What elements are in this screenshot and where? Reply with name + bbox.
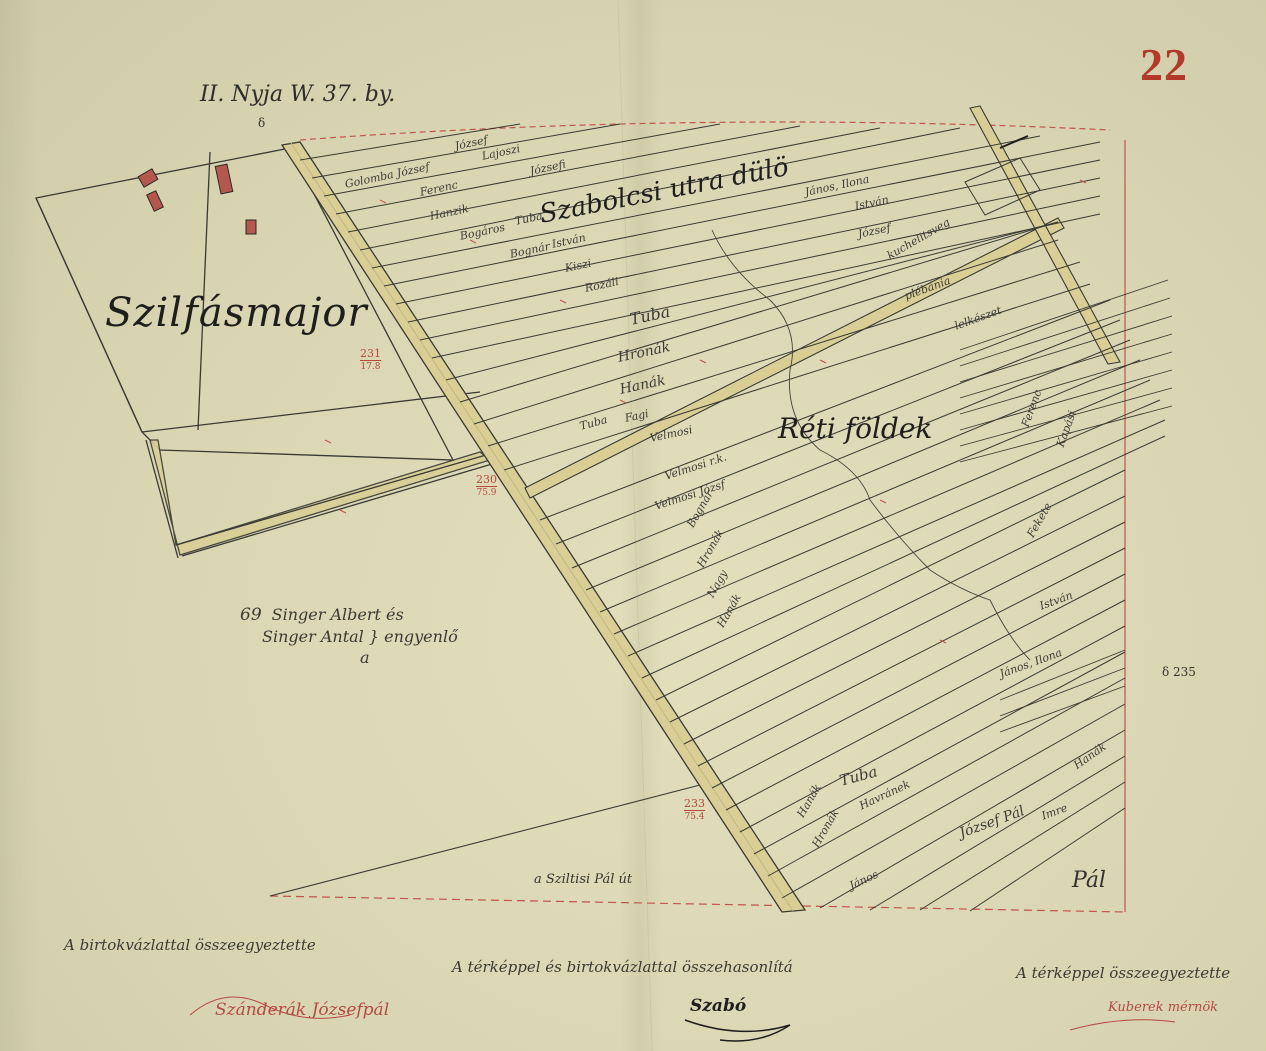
signature-caption-center: A térképpel és birtokvázlattal összehaso…: [452, 958, 793, 976]
signature-flourish-right: [1065, 1010, 1185, 1040]
signature-flourish-left: [185, 985, 355, 1030]
owner-note-number: 69: [240, 605, 262, 625]
farm-buildings: [138, 164, 256, 234]
parcel-area: 75.9: [476, 486, 497, 499]
road-note: a Sziltisi Pál út: [534, 872, 632, 887]
parcel-number-230: 230 75.9: [476, 474, 497, 499]
sheet-number: 22: [1140, 38, 1188, 91]
parcel-area: 75.4: [684, 810, 705, 823]
parcel-number: 233: [684, 797, 705, 810]
owner-note: 69Singer Albert és Singer Antal } engyen…: [240, 604, 458, 668]
owner-note-line-3: a: [240, 647, 458, 668]
parcel-number-231: 231 17.8: [360, 348, 381, 373]
field-district-label-reti: Réti földek: [778, 412, 932, 445]
farm-lower-plot: [146, 440, 492, 558]
owner-note-line-2: Singer Antal } engyenlő: [240, 626, 458, 647]
pal-label: Pál: [1072, 868, 1106, 893]
cadastral-map-drawing: [0, 0, 1266, 1051]
signature-flourish-center: [680, 1010, 800, 1050]
main-road: [282, 142, 805, 912]
sheet-reference: II. Nyja W. 37. by.: [200, 82, 395, 107]
signature-caption-left: A birtokvázlattal összeegyeztette: [64, 936, 316, 954]
parcel-number-233: 233 75.4: [684, 798, 705, 823]
field-strips-right: [960, 280, 1172, 732]
parcel-area: 17.8: [360, 360, 381, 373]
farm-name-label: Szilfásmajor: [105, 290, 368, 336]
survey-marker-top: δ: [258, 116, 265, 130]
creek-line: [712, 230, 1030, 660]
survey-marker-right: δ 235: [1162, 665, 1196, 679]
signature-caption-right: A térképpel összeegyeztette: [1016, 964, 1230, 982]
owner-note-line-1: Singer Albert és: [272, 605, 404, 624]
parcel-number: 230: [476, 473, 497, 486]
parcel-number: 231: [360, 347, 381, 360]
